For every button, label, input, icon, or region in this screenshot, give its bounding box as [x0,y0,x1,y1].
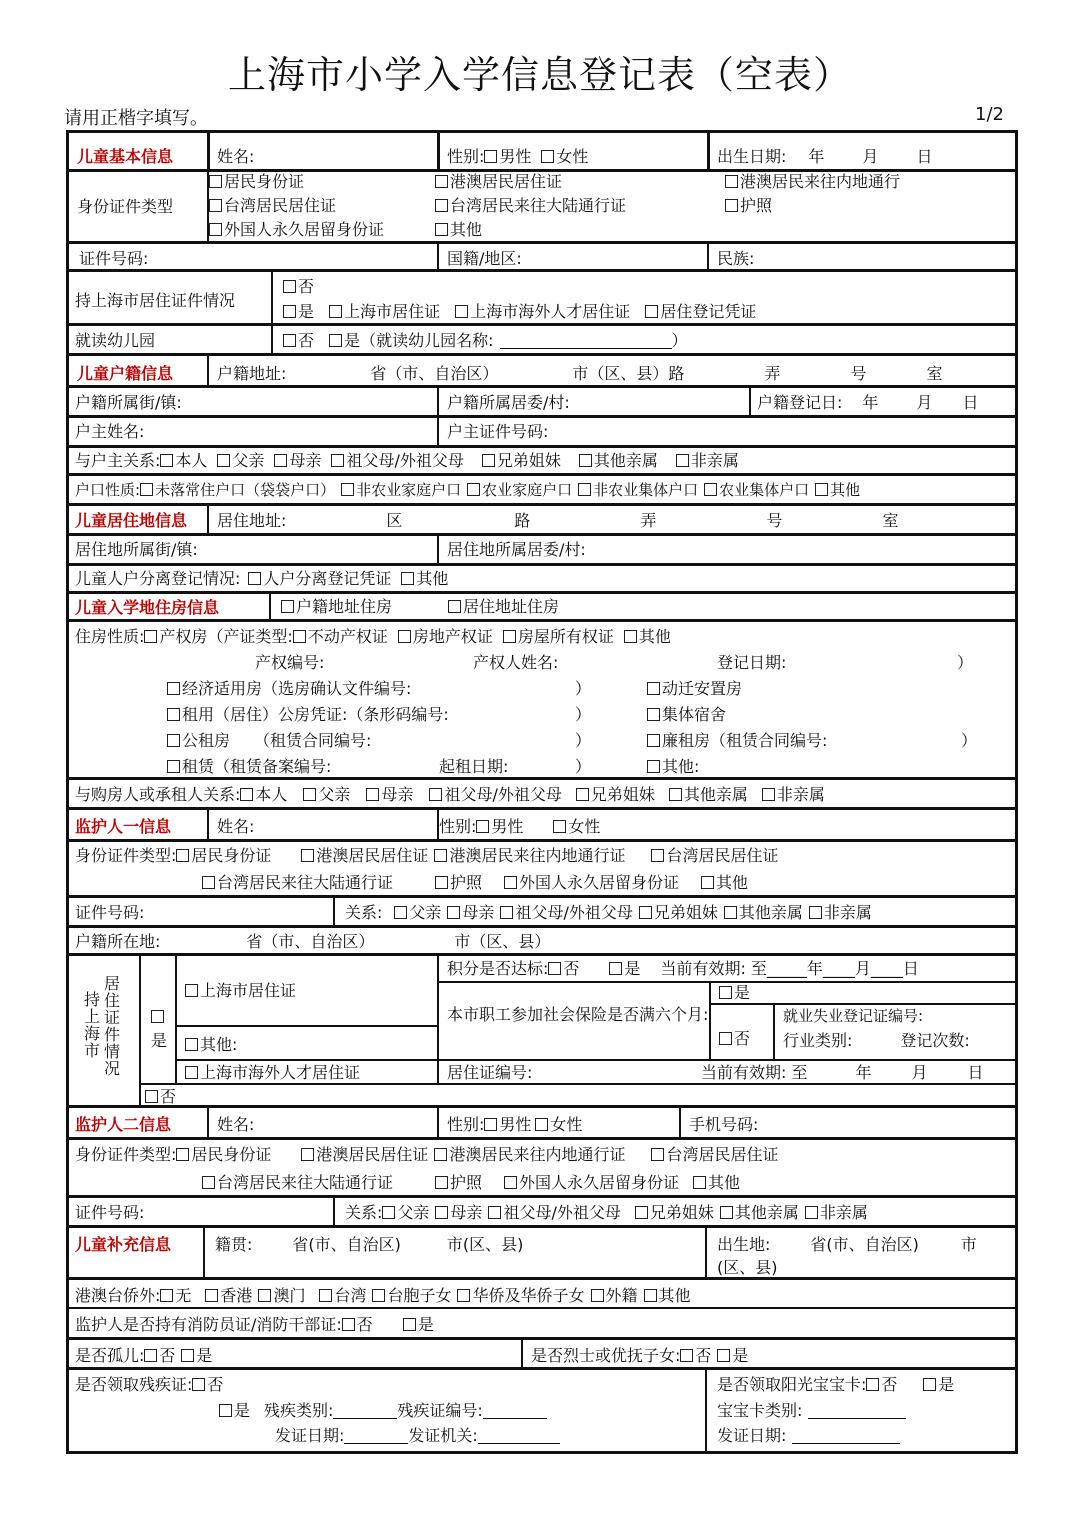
checkbox-icon[interactable] [809,906,822,919]
checkbox-option[interactable]: 母亲 [447,903,494,922]
checkbox-icon[interactable] [434,1148,447,1161]
checkbox-icon[interactable] [331,454,344,467]
checkbox-icon[interactable] [435,1206,448,1219]
id-type-option[interactable]: 港澳居民居住证 [435,172,562,191]
sunshine-card-row[interactable]: 是否领取阳光宝宝卡:否是 [717,1375,964,1394]
id-number-field[interactable]: 证件号码: [79,249,148,268]
checkbox-icon[interactable] [635,1206,648,1219]
checkbox-icon[interactable] [144,630,157,643]
checkbox-option[interactable]: 其他亲属 [724,903,803,922]
property-no-field[interactable]: 产权编号: [255,653,324,672]
label-text: 市(区、县) [447,1235,524,1254]
birthplace-field[interactable]: 出生地:省(市、自治区)市 [717,1235,977,1254]
checkbox-option[interactable]: 港澳居民居住证 [301,1145,428,1164]
checkbox-option[interactable]: 台湾居民居住证 [651,1145,778,1164]
checkbox-icon[interactable] [484,1118,497,1131]
checkbox-option[interactable]: 澳门 [258,1286,305,1305]
checkbox-icon[interactable] [283,280,296,293]
checkbox-option[interactable]: 不动产权证 [293,627,388,646]
checkbox-option[interactable]: 农业集体户口 [704,481,809,499]
checkbox-icon[interactable] [717,1349,730,1362]
checkbox-icon[interactable] [704,483,717,496]
checkbox-icon[interactable] [923,1378,936,1391]
child-birth-date-field[interactable]: 出生日期:年月日 [717,147,932,166]
guardian2-phone-field[interactable]: 手机号码: [689,1115,758,1134]
child-name-field[interactable]: 姓名: [217,147,254,166]
checkbox-option[interactable]: 农业家庭户口 [467,481,572,499]
card-type-field[interactable]: 宝宝卡类别: [717,1401,906,1420]
checkbox-option[interactable]: 男性 [484,1115,531,1134]
checkbox-icon[interactable] [457,1289,470,1302]
checkbox-option[interactable]: 居住地址住房 [448,597,559,616]
checkbox-icon[interactable] [579,454,592,467]
checkbox-option[interactable]: 台湾居民居住证 [651,846,778,865]
blank-underline[interactable] [792,1428,900,1444]
divider [709,981,711,1059]
checkbox-icon[interactable] [274,454,287,467]
permit-valid-field[interactable]: 当前有效期: 至年月日 [701,1063,984,1082]
guardian2-gender-field[interactable]: 性别:男性女性 [447,1115,592,1134]
checkbox-icon[interactable] [167,734,180,747]
checkbox-option[interactable]: 兄弟姐妹 [639,903,718,922]
checkbox-option[interactable]: 祖父母/外祖父母 [500,903,632,922]
public-rental-option[interactable]: 公租房 （租赁合同编号: [167,731,371,750]
guardian1-gender-field[interactable]: 性别:男性女性 [439,817,610,836]
checkbox-icon[interactable] [448,600,461,613]
blank-underline[interactable] [333,1403,397,1419]
checkbox-option[interactable]: 本人 [240,785,287,804]
sh-residence-permit-option[interactable]: 上海市居住证 [185,981,296,1000]
checkbox-option[interactable]: 台胞子女 [372,1286,451,1305]
insurance-yes[interactable]: 是 [719,983,750,1002]
checkbox-icon[interactable] [167,760,180,773]
checkbox-icon[interactable] [693,1176,706,1189]
guardian1-id-types-row1[interactable]: 身份证件类型:居民身份证港澳居民居住证港澳居民来往内地通行证台湾居民居住证 [75,846,788,865]
checkbox-female[interactable] [541,150,554,163]
checkbox-option[interactable]: 母亲 [366,785,413,804]
checkbox-icon[interactable] [283,334,296,347]
checkbox-option[interactable]: 台湾居民来往大陆通行证 [202,873,393,892]
divider [437,133,440,169]
label-text: 港澳居民居住证 [316,846,428,865]
checkbox-icon[interactable] [467,483,480,496]
checkbox-icon[interactable] [342,1318,355,1331]
checkbox-icon[interactable] [435,876,448,889]
checkbox-option[interactable]: 兄弟姐妹 [576,785,655,804]
checkbox-icon[interactable] [724,906,737,919]
checkbox-icon[interactable] [680,1349,693,1362]
checkbox-option[interactable]: 房屋所有权证 [503,627,614,646]
checkbox-option[interactable]: 否 [866,1375,897,1394]
checkbox-icon[interactable] [209,223,222,236]
label-text: 女性 [556,147,588,166]
id-type-option[interactable]: 居民身份证 [209,172,304,191]
checkbox-option[interactable]: 是 [609,959,640,978]
checkbox-icon[interactable] [209,175,222,188]
checkbox-icon[interactable] [160,1289,173,1302]
checkbox-option[interactable]: 台湾居民来往大陆通行证 [202,1173,393,1192]
guardian2-relation-row[interactable]: 关系:父亲母亲祖父母/外祖父母兄弟姐妹其他亲属非亲属 [345,1203,878,1222]
orphan-row[interactable]: 是否孤儿:否是 [75,1346,222,1365]
checkbox-option[interactable]: 非亲属 [805,1203,868,1222]
checkbox-icon[interactable] [482,454,495,467]
guardian1-hukou-place-field[interactable]: 户籍所在地:省（市、自治区）市（区、县） [75,932,550,951]
checkbox-option[interactable]: 外国人永久居留身份证 [504,1173,679,1192]
low-rent-option[interactable]: 廉租房（租赁合同编号: [647,731,827,750]
checkbox-icon[interactable] [609,962,622,975]
checkbox-option[interactable]: 是 [717,1346,748,1365]
martyr-row[interactable]: 是否烈士或优抚子女:否是 [531,1346,758,1365]
checkbox-icon[interactable] [293,630,306,643]
checkbox-icon[interactable] [176,849,189,862]
checkbox-icon[interactable] [185,1066,198,1079]
sh-residence-no[interactable]: 否 [283,277,314,296]
checkbox-option[interactable]: 上海市居住证 [329,302,440,321]
checkbox-option[interactable]: 护照 [435,1173,482,1192]
checkbox-icon[interactable] [219,1404,232,1417]
checkbox-icon[interactable] [382,1206,395,1219]
checkbox-option[interactable]: 外国人永久居留身份证 [504,873,679,892]
checkbox-icon[interactable] [181,1349,194,1362]
checkbox-icon[interactable] [366,788,379,801]
checkbox-icon[interactable] [676,454,689,467]
checkbox-option[interactable]: 是 [403,1315,434,1334]
checkbox-option[interactable]: 护照 [435,873,482,892]
checkbox-icon[interactable] [651,849,664,862]
disability-row[interactable]: 是否领取残疾证:否 [75,1375,223,1394]
checkbox-icon[interactable] [434,849,447,862]
checkbox-icon[interactable] [301,849,314,862]
residence-committee-field[interactable]: 居住地所属居委/村: [447,540,586,559]
checkbox-option[interactable]: 非农业家庭户口 [341,481,461,499]
guardian1-relation-row[interactable]: 关系:父亲母亲祖父母/外祖父母兄弟姐妹其他亲属非亲属 [345,903,882,922]
checkbox-option[interactable]: 其他亲属 [720,1203,799,1222]
affordable-housing-option[interactable]: 经济适用房（选房确认文件编号: [167,679,411,698]
checkbox-icon[interactable] [209,199,222,212]
relocation-option[interactable]: 动迁安置房 [647,679,742,698]
id-type-option[interactable]: 台湾居民来往大陆通行证 [435,196,626,215]
checkbox-icon[interactable] [160,454,173,467]
checkbox-option[interactable]: 母亲 [274,451,321,470]
checkbox-option[interactable]: 非亲属 [809,903,872,922]
checkbox-icon[interactable] [647,734,660,747]
checkbox-icon[interactable] [205,1289,218,1302]
checkbox-icon[interactable] [329,334,342,347]
checkbox-icon[interactable] [403,1318,416,1331]
checkbox-icon[interactable] [258,1289,271,1302]
checkbox-icon[interactable] [720,1206,733,1219]
checkbox-icon[interactable] [281,600,294,613]
checkbox-option[interactable]: 祖父母/外祖父母 [488,1203,620,1222]
checkbox-option[interactable]: 未落常住户口（袋袋户口） [140,481,335,499]
sh-permit-yes-checkbox[interactable] [151,1007,166,1026]
checkbox-icon[interactable] [248,572,261,585]
guardian2-id-types-row1[interactable]: 身份证件类型:居民身份证港澳居民居住证港澳居民来往内地通行证台湾居民居住证 [75,1145,788,1164]
checkbox-option[interactable]: 台湾 [319,1286,366,1305]
divider [437,385,439,415]
checkbox-option[interactable]: 其他亲属 [579,451,658,470]
checkbox-option[interactable]: 其他 [701,873,748,892]
checkbox-icon[interactable] [639,906,652,919]
hukou-address-field[interactable]: 户籍地址:省（市、自治区）市（区、县）路弄号室 [217,364,1017,383]
checkbox-option[interactable]: 男性 [476,817,523,836]
checkbox-option[interactable]: 港澳居民居住证 [301,846,428,865]
housing-nature-row[interactable]: 住房性质:产权房（产证类型:不动产权证房地产权证房屋所有权证其他 [75,627,681,646]
separation-row[interactable]: 儿童人户分离登记情况:人户分离登记凭证其他 [75,569,458,588]
property-reg-date-field[interactable]: 登记日期: [717,653,786,672]
checkbox-option[interactable]: 居民身份证 [176,1145,271,1164]
checkbox-icon[interactable] [329,305,342,318]
child-gender-field[interactable]: 性别:男性女性 [447,147,598,166]
label-text: 是否烈士或优抚子女: [531,1346,680,1365]
checkbox-icon[interactable] [145,1090,158,1103]
fire-certificate-row[interactable]: 监护人是否持有消防员证/消防干部证:否是 [75,1315,444,1334]
checkbox-option[interactable]: 女性 [553,817,600,836]
overseas-row[interactable]: 港澳台侨外:无香港澳门台湾台胞子女华侨及华侨子女外籍其他 [75,1286,701,1305]
checkbox-icon[interactable] [283,305,296,318]
label-text: 是否孤儿: [75,1346,144,1365]
checkbox-option[interactable]: 香港 [205,1286,252,1305]
checkbox-icon[interactable] [240,788,253,801]
checkbox-option[interactable]: 父亲 [382,1203,429,1222]
checkbox-icon[interactable] [167,708,180,721]
blank-underline[interactable] [478,1428,560,1444]
checkbox-icon[interactable] [488,1206,501,1219]
lease-option[interactable]: 租赁（租赁备案编号: [167,757,331,776]
permit-number-field[interactable]: 居住证编号: [447,1063,532,1082]
checkbox-option[interactable]: 祖父母/外祖父母 [429,785,561,804]
hukou-committee-field[interactable]: 户籍所属居委/村: [447,393,570,412]
checkbox-icon[interactable] [429,788,442,801]
checkbox-icon[interactable] [435,1176,448,1189]
checkbox-icon[interactable] [504,876,517,889]
checkbox-icon[interactable] [762,788,775,801]
head-name-field[interactable]: 户主姓名: [75,422,144,441]
id-type-option[interactable]: 护照 [725,196,772,215]
checkbox-icon[interactable] [719,1032,732,1045]
checkbox-option[interactable]: 否 [144,1346,175,1365]
industry-count-field[interactable]: 行业类别:登记次数: [783,1031,970,1050]
checkbox-option[interactable]: 非亲属 [762,785,825,804]
checkbox-option[interactable]: 非亲属 [676,451,739,470]
guardian2-id-types-row2[interactable]: 台湾居民来往大陆通行证护照外国人永久居留身份证其他 [202,1173,750,1192]
checkbox-icon[interactable] [394,906,407,919]
checkbox-icon[interactable] [303,788,316,801]
checkbox-icon[interactable] [644,1289,657,1302]
guardian2-name-field[interactable]: 姓名: [217,1115,254,1134]
checkbox-option[interactable]: 其他 [624,627,671,646]
checkbox-option[interactable]: 父亲 [394,903,441,922]
hukou-nature-row[interactable]: 户口性质:未落常住户口（袋袋户口）非农业家庭户口农业家庭户口非农业集体户口农业集… [75,481,870,499]
checkbox-option[interactable]: 其他 [815,481,860,499]
guardian1-id-types-row2[interactable]: 台湾居民来往大陆通行证护照外国人永久居留身份证其他 [202,873,758,892]
checkbox-male[interactable] [484,150,497,163]
checkbox-icon[interactable] [866,1378,879,1391]
guardian2-id-number-field[interactable]: 证件号码: [75,1203,144,1222]
checkbox-option[interactable]: 祖父母/外祖父母 [331,451,463,470]
checkbox-option[interactable]: 女性 [535,1115,582,1134]
hukou-street-field[interactable]: 户籍所属街/镇: [75,393,182,412]
checkbox-icon[interactable] [535,1118,548,1131]
checkbox-icon[interactable] [669,788,682,801]
checkbox-icon[interactable] [319,1289,332,1302]
lease-start-field[interactable]: 起租日期: [439,757,508,776]
sh-residence-yes[interactable]: 是 上海市居住证 上海市海外人才居住证 居住登记凭证 [283,302,766,321]
checkbox-icon[interactable] [435,175,448,188]
dormitory-option[interactable]: 集体宿舍 [647,705,726,724]
checkbox-icon[interactable] [647,682,660,695]
checkbox-icon[interactable] [647,760,660,773]
checkbox-icon[interactable] [341,483,354,496]
checkbox-icon[interactable] [447,906,460,919]
checkbox-icon[interactable] [301,1148,314,1161]
head-relation-row[interactable]: 与户主关系:本人父亲母亲祖父母/外祖父母兄弟姐妹其他亲属非亲属 [75,451,749,470]
checkbox-icon[interactable] [176,1148,189,1161]
checkbox-option[interactable]: 男性 [484,147,531,166]
checkbox-icon[interactable] [185,1038,198,1051]
checkbox-icon[interactable] [167,682,180,695]
checkbox-icon[interactable] [624,630,637,643]
checkbox-option[interactable]: 否 [342,1315,373,1334]
checkbox-icon[interactable] [217,454,230,467]
guardian1-id-number-field[interactable]: 证件号码: [75,903,144,922]
checkbox-option[interactable]: 否 [680,1346,711,1365]
checkbox-option[interactable]: 居住登记凭证 [645,302,756,321]
nationality-field[interactable]: 国籍/地区: [447,249,522,268]
employment-no-field[interactable]: 就业失业登记证编号: [783,1007,923,1025]
checkbox-icon[interactable] [372,1289,385,1302]
checkbox-icon[interactable] [185,984,198,997]
checkbox-option[interactable]: 兄弟姐妹 [635,1203,714,1222]
checkbox-icon[interactable] [202,876,215,889]
residence-street-field[interactable]: 居住地所属街/镇: [75,540,198,559]
card-issue-date-field[interactable]: 发证日期: [717,1426,900,1445]
checkbox-option[interactable]: 父亲 [217,451,264,470]
native-place-field[interactable]: 籍贯:省(市、自治区)市(区、县) [215,1235,523,1254]
checkbox-icon[interactable] [500,906,513,919]
checkbox-icon[interactable] [651,1148,664,1161]
checkbox-icon[interactable] [401,572,414,585]
checkbox-icon[interactable] [645,305,658,318]
checkbox-option[interactable]: 户籍地址住房 [281,597,392,616]
checkbox-option[interactable]: 否 [283,331,314,350]
checkbox-icon[interactable] [476,820,489,833]
hukou-reg-date-field[interactable]: 户籍登记日:年月日 [757,393,978,412]
checkbox-icon[interactable] [455,305,468,318]
checkbox-option[interactable]: 非农业集体户口 [578,481,698,499]
label-text: 公租房 （租赁合同编号: [182,731,371,750]
checkbox-icon[interactable] [140,483,153,496]
checkbox-icon[interactable] [202,1176,215,1189]
buyer-relation-row[interactable]: 与购房人或承租人关系:本人父亲母亲祖父母/外祖父母兄弟姐妹其他亲属非亲属 [75,785,835,804]
public-rent-cert-option[interactable]: 租用（居住）公房凭证:（条形码编号: [167,705,449,724]
checkbox-option[interactable]: 无 [160,1286,191,1305]
sh-permit-no-option[interactable]: 否 [145,1087,176,1106]
checkbox-option[interactable]: 外籍 [591,1286,638,1305]
checkbox-icon[interactable] [578,483,591,496]
guardian1-name-field[interactable]: 姓名: [217,817,254,836]
checkbox-option[interactable]: 否 [548,959,579,978]
checkbox-option[interactable]: 上海市海外人才居住证 [455,302,630,321]
blank-underline[interactable] [483,1403,547,1419]
housing-source-options[interactable]: 户籍地址住房居住地址住房 [281,597,569,616]
checkbox-icon[interactable] [553,820,566,833]
checkbox-option[interactable]: 女性 [541,147,588,166]
checkbox-icon[interactable] [192,1378,205,1391]
checkbox-icon[interactable] [503,630,516,643]
sh-permit-other-option[interactable]: 其他: [185,1035,237,1054]
checkbox-icon[interactable] [701,876,714,889]
points-row[interactable]: 积分是否达标:否是当前有效期: 至_____年____月____日 [447,959,919,978]
ethnicity-field[interactable]: 民族: [717,249,754,268]
divider [707,133,710,169]
checkbox-icon[interactable] [504,1176,517,1189]
checkbox-option[interactable]: 居民身份证 [176,846,271,865]
label-text: 宝宝卡类别: [717,1401,802,1420]
blank-underline[interactable] [500,333,672,349]
id-type-option[interactable]: 台湾居民居住证 [209,196,336,215]
owner-name-field[interactable]: 产权人姓名: [473,653,558,672]
checkbox-option[interactable]: 港澳居民来往内地通行证 [434,1145,625,1164]
residence-address-field[interactable]: 居住地址:区路弄号室 [217,511,1017,530]
head-id-field[interactable]: 户主证件号码: [447,422,548,441]
checkbox-option[interactable]: 是 [181,1346,212,1365]
checkbox-option[interactable]: 其他 [644,1286,691,1305]
insurance-no[interactable]: 否 [719,1029,750,1048]
checkbox-icon[interactable] [548,962,561,975]
id-type-option[interactable]: 其他 [435,220,482,239]
id-type-option[interactable]: 港澳居民来往内地通行 [725,172,900,191]
checkbox-option[interactable]: 是 [283,302,314,321]
checkbox-icon[interactable] [151,1010,164,1023]
checkbox-icon[interactable] [435,199,448,212]
kindergarten-options[interactable]: 否 是（就读幼儿园名称:） [283,331,688,350]
id-type-option[interactable]: 外国人永久居留身份证 [209,220,384,239]
disability-yes-row[interactable]: 是残疾类别:残疾证编号: [219,1401,547,1420]
label-text: 祖父母/外祖父母 [515,903,632,922]
label-text: 住房性质: [75,627,144,646]
checkbox-option[interactable]: 母亲 [435,1203,482,1222]
checkbox-icon[interactable] [144,1349,157,1362]
blank-underline[interactable] [344,1428,408,1444]
checkbox-option[interactable]: 港澳居民来往内地通行证 [434,846,625,865]
blank-underline[interactable] [808,1403,906,1419]
checkbox-option[interactable]: 本人 [160,451,207,470]
checkbox-option[interactable]: 房地产权证 [398,627,493,646]
checkbox-option[interactable]: 父亲 [303,785,350,804]
checkbox-icon[interactable] [435,223,448,236]
checkbox-icon[interactable] [719,986,732,999]
checkbox-option[interactable]: 其他 [693,1173,740,1192]
checkbox-option[interactable]: 其他 [401,569,448,588]
checkbox-option[interactable]: 华侨及华侨子女 [457,1286,584,1305]
checkbox-icon[interactable] [815,483,828,496]
checkbox-icon[interactable] [647,708,660,721]
checkbox-option[interactable]: 兄弟姐妹 [482,451,561,470]
checkbox-icon[interactable] [725,175,738,188]
checkbox-icon[interactable] [805,1206,818,1219]
checkbox-icon[interactable] [591,1289,604,1302]
talent-permit-option[interactable]: 上海市海外人才居住证 [185,1063,360,1082]
checkbox-icon[interactable] [725,199,738,212]
checkbox-icon[interactable] [398,630,411,643]
checkbox-option[interactable]: 其他亲属 [669,785,748,804]
checkbox-option[interactable]: 是 [923,1375,954,1394]
housing-other-option[interactable]: 其他: [647,757,699,776]
checkbox-option[interactable]: 人户分离登记凭证 [248,569,391,588]
disability-issue-row[interactable]: 发证日期:发证机关: [275,1426,560,1445]
checkbox-icon[interactable] [576,788,589,801]
